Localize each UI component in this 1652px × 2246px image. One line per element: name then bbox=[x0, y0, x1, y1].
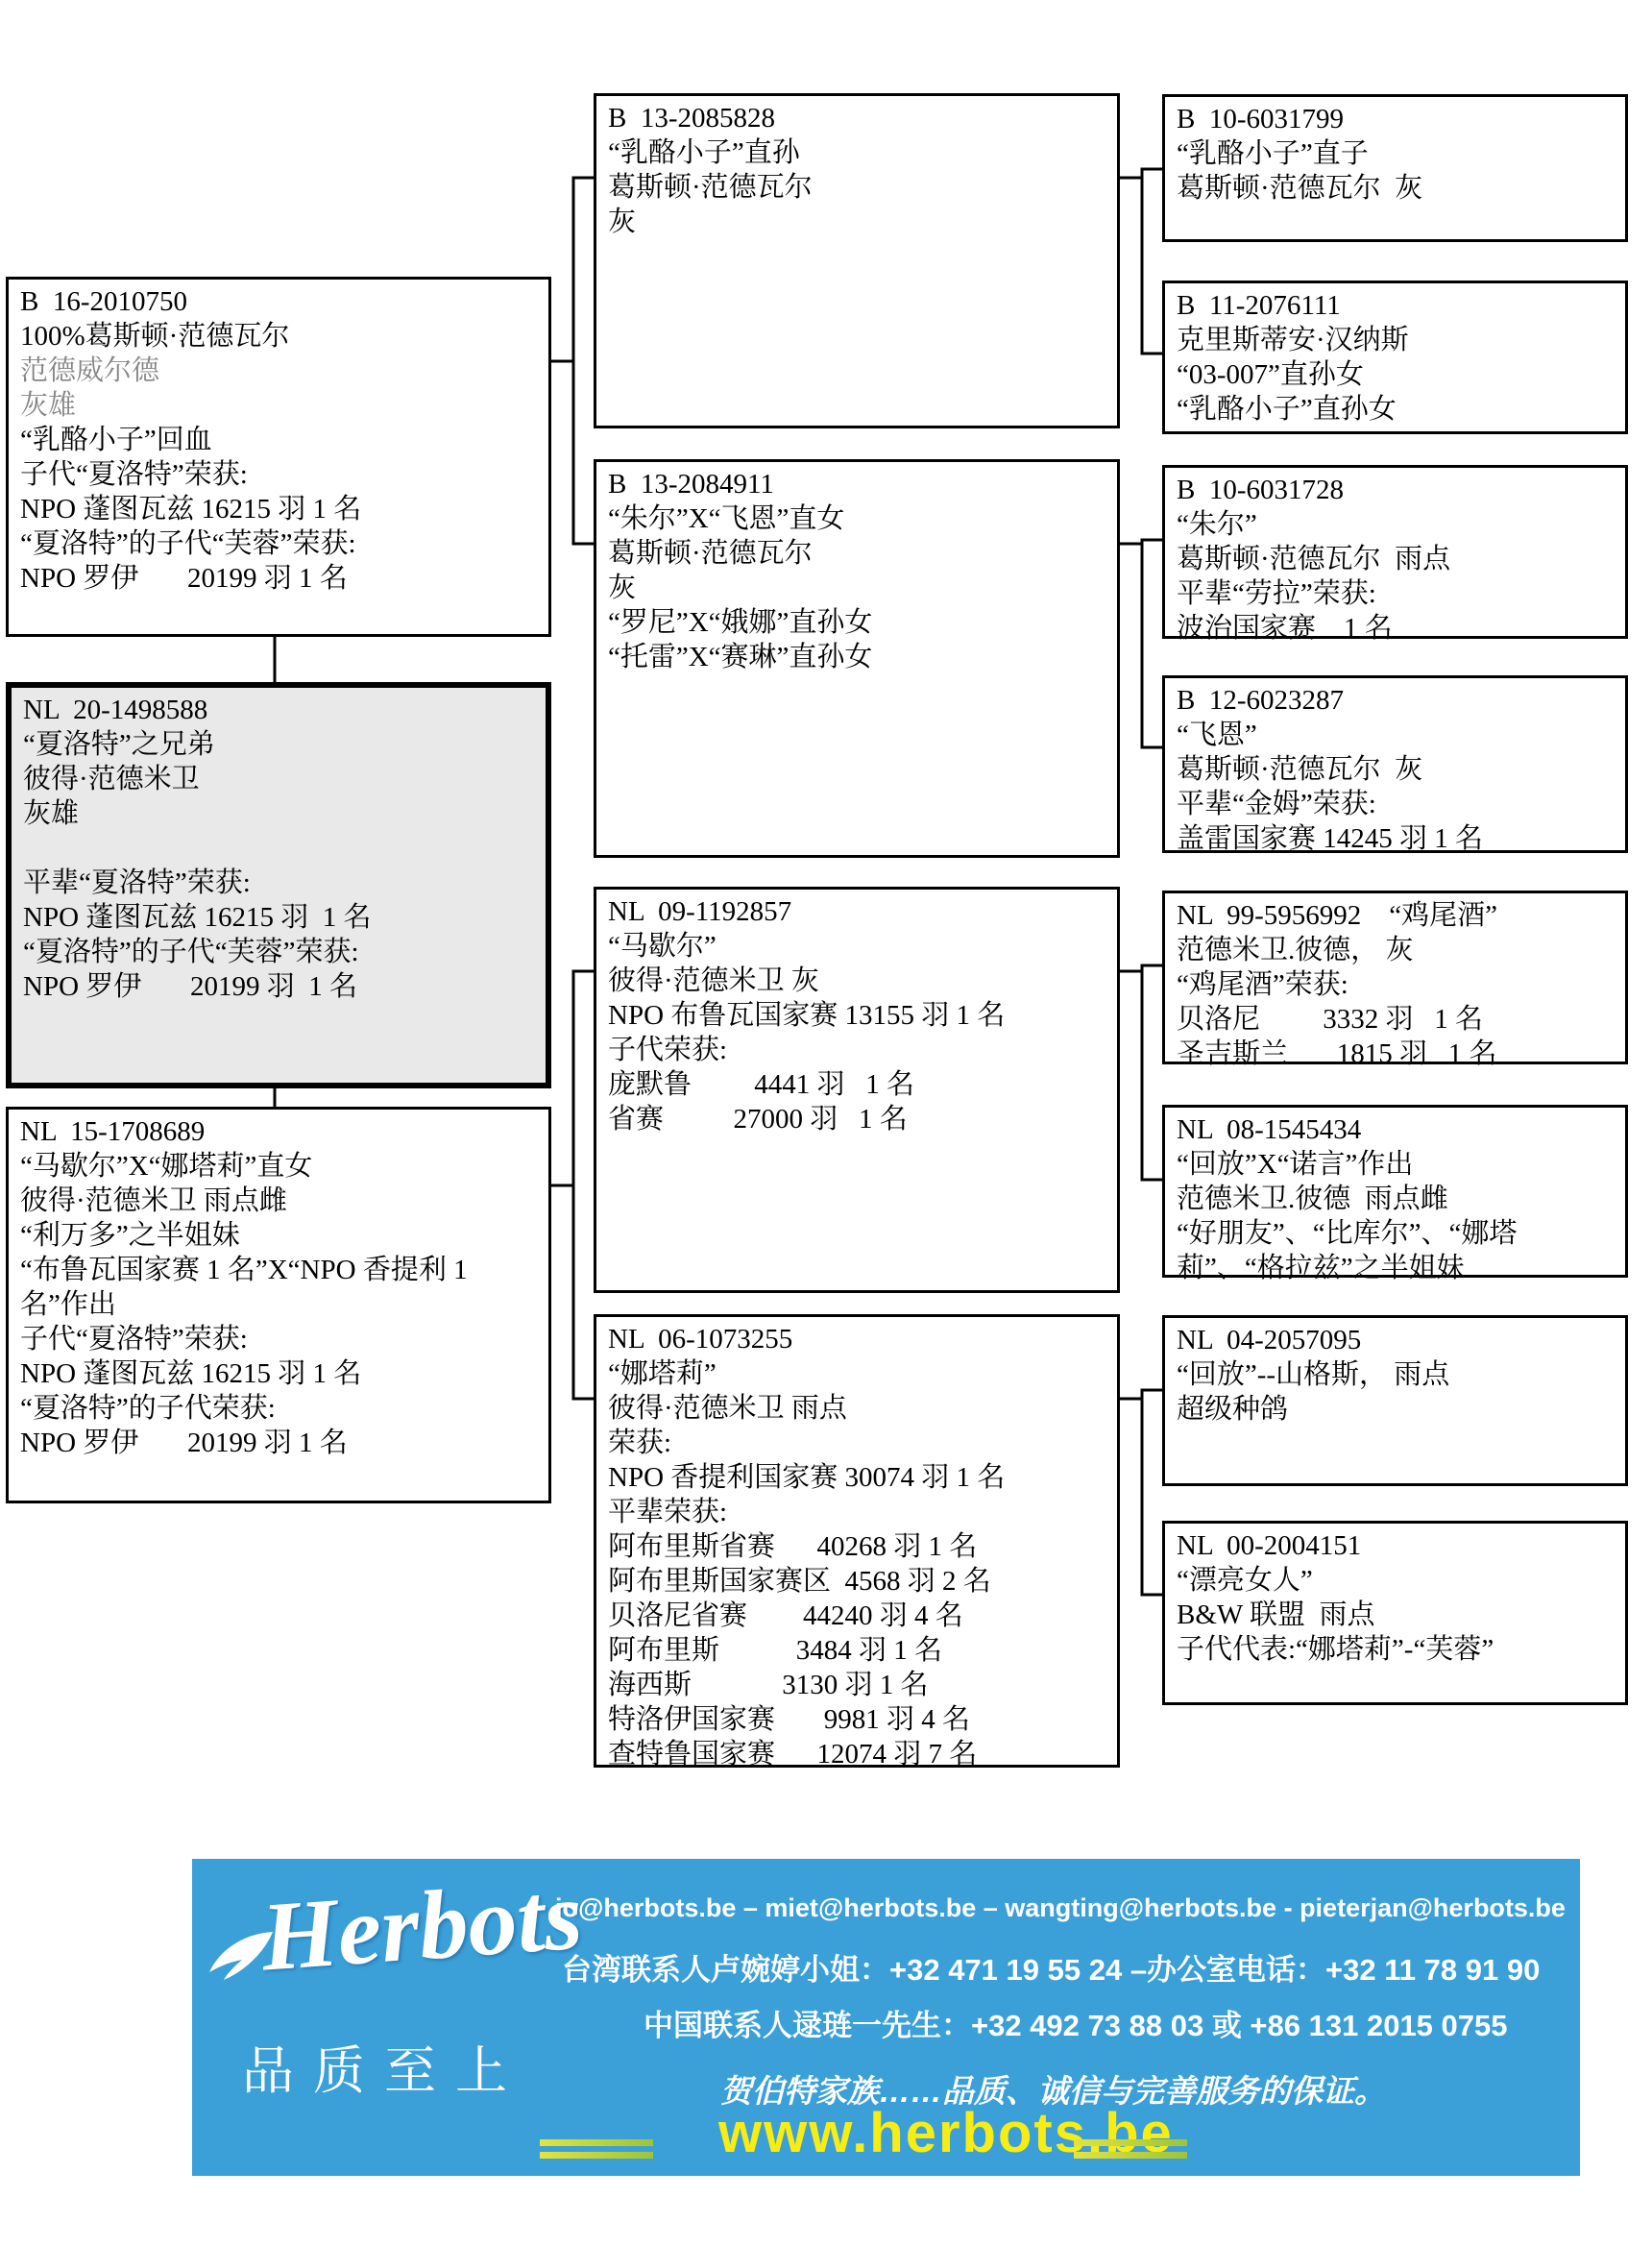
pedigree-line: B 12-6023287 bbox=[1177, 683, 1617, 718]
pedigree-line: “马歇尔” bbox=[608, 929, 1109, 964]
pedigree-line: 子代“夏洛特”荣获: bbox=[20, 1322, 541, 1356]
pedigree-line: “回放”X“诺言”作出 bbox=[1177, 1147, 1617, 1182]
pedigree-line: 平辈荣获: bbox=[608, 1495, 1109, 1529]
pedigree-page: B 16-2010750100%葛斯顿·范德瓦尔范德威尔德灰雄“乳酪小子”回血子… bbox=[0, 0, 1652, 2246]
pedigree-line: 海西斯 3130 羽 1 名 bbox=[608, 1668, 1109, 1702]
pedigree-line: 彼得·范德米卫 雨点 bbox=[608, 1391, 1109, 1426]
herbots-logo: Herbots bbox=[257, 1859, 586, 1993]
pedigree-line: 荣获: bbox=[608, 1426, 1109, 1460]
pedigree-box-ggparent-5: NL 99-5956992 “鸡尾酒”范德米卫.彼德， 灰“鸡尾酒”荣获:贝洛尼… bbox=[1162, 891, 1628, 1064]
pedigree-line: 范德米卫.彼德 雨点雌 bbox=[1177, 1182, 1617, 1216]
pedigree-line: NL 04-2057095 bbox=[1177, 1323, 1617, 1357]
pedigree-line: 彼得·范德米卫 bbox=[23, 762, 538, 796]
pedigree-line: 子代代表:“娜塔莉”-“芙蓉” bbox=[1177, 1632, 1617, 1667]
pedigree-line: 子代“夏洛特”荣获: bbox=[20, 457, 541, 492]
pedigree-line: 彼得·范德米卫 雨点雌 bbox=[20, 1184, 541, 1218]
pedigree-line: 灰 bbox=[608, 571, 1109, 605]
pedigree-line: 贝洛尼 3332 羽 1 名 bbox=[1177, 1002, 1617, 1037]
deco-lines-left bbox=[540, 2134, 653, 2164]
pedigree-line: 灰雄 bbox=[23, 796, 538, 831]
pedigree-line: B 16-2010750 bbox=[20, 284, 541, 319]
pedigree-line: NPO 蓬图瓦兹 16215 羽 1 名 bbox=[20, 1356, 541, 1391]
pedigree-line: 彼得·范德米卫 灰 bbox=[608, 964, 1109, 998]
pedigree-line: “朱尔”X“飞恩”直女 bbox=[608, 501, 1109, 536]
pedigree-line: 灰雄 bbox=[20, 388, 541, 423]
connector-line bbox=[1142, 169, 1162, 354]
pedigree-line: NPO 罗伊 20199 羽 1 名 bbox=[23, 969, 538, 1004]
pedigree-line: 范德米卫.彼德， 灰 bbox=[1177, 933, 1617, 967]
banner-contact-china: 中国联系人逯琏一先生：+32 492 73 88 03 或 +86 131 20… bbox=[644, 2001, 1508, 2044]
connector-line bbox=[1142, 1390, 1162, 1595]
pedigree-line: 平辈“金姆”荣获: bbox=[1177, 787, 1617, 821]
pedigree-line: B 10-6031728 bbox=[1177, 473, 1617, 507]
pedigree-line: 葛斯顿·范德瓦尔 灰 bbox=[1177, 752, 1617, 787]
pedigree-line: NL 09-1192857 bbox=[608, 894, 1109, 929]
connector-line bbox=[1142, 540, 1162, 747]
pedigree-line: “好朋友”、“比库尔”、“娜塔 bbox=[1177, 1216, 1617, 1251]
pedigree-line: NL 06-1073255 bbox=[608, 1322, 1109, 1356]
pedigree-line: NPO 蓬图瓦兹 16215 羽 1 名 bbox=[20, 492, 541, 526]
pedigree-line: 葛斯顿·范德瓦尔 灰 bbox=[1177, 171, 1617, 206]
connector-line bbox=[1142, 965, 1162, 1180]
pedigree-line: “朱尔” bbox=[1177, 507, 1617, 542]
pedigree-line: “乳酪小子”直孙 bbox=[608, 135, 1109, 170]
pedigree-line: 葛斯顿·范德瓦尔 bbox=[608, 536, 1109, 571]
pedigree-line: 平辈“劳拉”荣获: bbox=[1177, 576, 1617, 611]
pedigree-line: NL 08-1545434 bbox=[1177, 1112, 1617, 1147]
pedigree-line: 超级种鸽 bbox=[1177, 1392, 1617, 1427]
pedigree-line: “利万多”之半姐妹 bbox=[20, 1218, 541, 1253]
pedigree-line: “乳酪小子”回血 bbox=[20, 423, 541, 457]
pedigree-line: 克里斯蒂安·汉纳斯 bbox=[1177, 323, 1617, 357]
pedigree-line: NPO 蓬图瓦兹 16215 羽 1 名 bbox=[23, 900, 538, 935]
herbots-logo-slogan: 品质至上 bbox=[242, 2030, 526, 2104]
pedigree-box-sire: B 16-2010750100%葛斯顿·范德瓦尔范德威尔德灰雄“乳酪小子”回血子… bbox=[6, 277, 551, 637]
pedigree-line: 阿布里斯 3484 羽 1 名 bbox=[608, 1633, 1109, 1668]
pedigree-line: NPO 香提利国家赛 30074 羽 1 名 bbox=[608, 1460, 1109, 1495]
pedigree-line: “布鲁瓦国家赛 1 名”X“NPO 香提利 1 bbox=[20, 1253, 541, 1287]
pedigree-line: “夏洛特”的子代“芙蓉”荣获: bbox=[20, 526, 541, 561]
pedigree-line: 贝洛尼省赛 44240 羽 4 名 bbox=[608, 1599, 1109, 1633]
herbots-banner: Herbots 品质至上 jo@herbots.be – miet@herbot… bbox=[192, 1859, 1580, 2176]
pedigree-line: B 11-2076111 bbox=[1177, 288, 1617, 323]
pedigree-line: “03-007”直孙女 bbox=[1177, 357, 1617, 392]
pedigree-line: “罗尼”X“娥娜”直孙女 bbox=[608, 605, 1109, 640]
pedigree-line: 灰 bbox=[608, 205, 1109, 239]
pedigree-line: B 10-6031799 bbox=[1177, 102, 1617, 136]
pedigree-box-ggparent-3: B 10-6031728“朱尔”葛斯顿·范德瓦尔 雨点平辈“劳拉”荣获:波治国家… bbox=[1162, 465, 1628, 639]
pedigree-line: 查特鲁国家赛 12074 羽 7 名 bbox=[608, 1737, 1109, 1771]
pedigree-line: B 13-2085828 bbox=[608, 101, 1109, 135]
pedigree-line: 特洛伊国家赛 9981 羽 4 名 bbox=[608, 1702, 1109, 1737]
pedigree-line: 庞默鲁 4441 羽 1 名 bbox=[608, 1067, 1109, 1102]
pedigree-line bbox=[23, 831, 538, 866]
pedigree-box-ggparent-8: NL 00-2004151“漂亮女人”B&W 联盟 雨点子代代表:“娜塔莉”-“… bbox=[1162, 1521, 1628, 1705]
pedigree-box-ggparent-1: B 10-6031799“乳酪小子”直子葛斯顿·范德瓦尔 灰 bbox=[1162, 94, 1628, 242]
pedigree-box-ggparent-4: B 12-6023287“飞恩”葛斯顿·范德瓦尔 灰平辈“金姆”荣获:盖雷国家赛… bbox=[1162, 675, 1628, 853]
pedigree-box-sire-dam: B 13-2084911“朱尔”X“飞恩”直女葛斯顿·范德瓦尔灰“罗尼”X“娥娜… bbox=[594, 459, 1120, 858]
pedigree-line: NL 00-2004151 bbox=[1177, 1528, 1617, 1563]
connector-line bbox=[573, 178, 594, 544]
pedigree-line: B&W 联盟 雨点 bbox=[1177, 1598, 1617, 1632]
pedigree-line: “娜塔莉” bbox=[608, 1356, 1109, 1391]
pedigree-box-sire-sire: B 13-2085828“乳酪小子”直孙葛斯顿·范德瓦尔灰 bbox=[594, 93, 1120, 428]
deco-lines-right bbox=[1074, 2134, 1187, 2164]
pedigree-line: 100%葛斯顿·范德瓦尔 bbox=[20, 319, 541, 354]
pedigree-box-dam-dam: NL 06-1073255“娜塔莉”彼得·范德米卫 雨点荣获:NPO 香提利国家… bbox=[594, 1314, 1120, 1768]
pedigree-line: “夏洛特”的子代荣获: bbox=[20, 1391, 541, 1426]
pedigree-line: NL 15-1708689 bbox=[20, 1114, 541, 1149]
pedigree-line: 葛斯顿·范德瓦尔 雨点 bbox=[1177, 542, 1617, 576]
pedigree-line: 省赛 27000 羽 1 名 bbox=[608, 1102, 1109, 1136]
pedigree-line: 波治国家赛 1 名 bbox=[1177, 611, 1617, 646]
pedigree-box-ggparent-2: B 11-2076111克里斯蒂安·汉纳斯“03-007”直孙女“乳酪小子”直孙… bbox=[1162, 281, 1628, 434]
pedigree-line: 圣吉斯兰 1815 羽 1 名 bbox=[1177, 1037, 1617, 1071]
pedigree-line: “夏洛特”之兄弟 bbox=[23, 727, 538, 762]
pedigree-box-dam: NL 15-1708689“马歇尔”X“娜塔莉”直女彼得·范德米卫 雨点雌“利万… bbox=[6, 1107, 551, 1503]
pedigree-line: 葛斯顿·范德瓦尔 bbox=[608, 170, 1109, 205]
pedigree-line: 盖雷国家赛 14245 羽 1 名 bbox=[1177, 821, 1617, 856]
pedigree-line: 平辈“夏洛特”荣获: bbox=[23, 866, 538, 900]
pedigree-box-ggparent-7: NL 04-2057095“回放”--山格斯， 雨点超级种鸽 bbox=[1162, 1315, 1628, 1486]
pedigree-line: “鸡尾酒”荣获: bbox=[1177, 967, 1617, 1002]
pedigree-line: “乳酪小子”直孙女 bbox=[1177, 392, 1617, 427]
pedigree-line: 子代荣获: bbox=[608, 1033, 1109, 1067]
pedigree-line: “飞恩” bbox=[1177, 718, 1617, 752]
pedigree-line: 莉”、“格拉兹”之半姐妹 bbox=[1177, 1251, 1617, 1285]
pedigree-line: “回放”--山格斯， 雨点 bbox=[1177, 1357, 1617, 1392]
pedigree-line: “乳酪小子”直子 bbox=[1177, 136, 1617, 171]
banner-contact-taiwan: 台湾联系人卢婉婷小姐：+32 471 19 55 24 –办公室电话：+32 1… bbox=[562, 1945, 1540, 1989]
pedigree-line: NPO 布鲁瓦国家赛 13155 羽 1 名 bbox=[608, 998, 1109, 1033]
pedigree-line: “漂亮女人” bbox=[1177, 1563, 1617, 1598]
pedigree-box-ggparent-6: NL 08-1545434“回放”X“诺言”作出范德米卫.彼德 雨点雌“好朋友”… bbox=[1162, 1105, 1628, 1278]
pedigree-line: “托雷”X“赛琳”直孙女 bbox=[608, 640, 1109, 674]
pedigree-line: 阿布里斯国家赛区 4568 羽 2 名 bbox=[608, 1564, 1109, 1599]
connector-line bbox=[573, 971, 594, 1399]
pedigree-line: “夏洛特”的子代“芙蓉”荣获: bbox=[23, 935, 538, 969]
pedigree-box-dam-sire: NL 09-1192857“马歇尔”彼得·范德米卫 灰NPO 布鲁瓦国家赛 13… bbox=[594, 887, 1120, 1293]
banner-emails: jo@herbots.be – miet@herbots.be – wangti… bbox=[555, 1893, 1566, 1923]
pedigree-line: NPO 罗伊 20199 羽 1 名 bbox=[20, 1426, 541, 1460]
pedigree-line: NL 99-5956992 “鸡尾酒” bbox=[1177, 898, 1617, 933]
pedigree-line: NPO 罗伊 20199 羽 1 名 bbox=[20, 561, 541, 596]
pedigree-line: B 13-2084911 bbox=[608, 467, 1109, 501]
pedigree-line: 范德威尔德 bbox=[20, 354, 541, 388]
pedigree-line: NL 20-1498588 bbox=[23, 693, 538, 727]
pedigree-box-subject: NL 20-1498588“夏洛特”之兄弟彼得·范德米卫灰雄平辈“夏洛特”荣获:… bbox=[6, 682, 551, 1088]
pedigree-line: “马歇尔”X“娜塔莉”直女 bbox=[20, 1149, 541, 1184]
pedigree-line: 名”作出 bbox=[20, 1287, 541, 1322]
pedigree-line: 阿布里斯省赛 40268 羽 1 名 bbox=[608, 1529, 1109, 1564]
